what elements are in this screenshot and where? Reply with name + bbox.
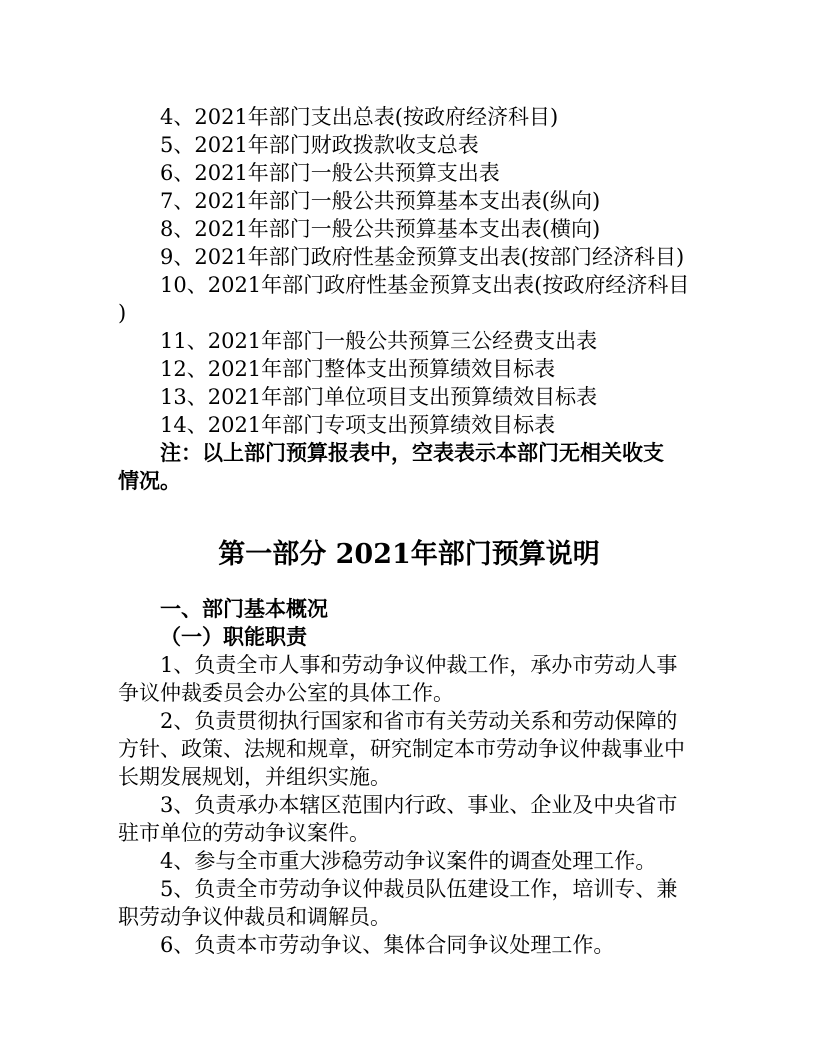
duty-2-line-2: 方针、政策、法规和规章，研究制定本市劳动争议仲裁事业中 xyxy=(118,735,700,763)
duty-5-line-1: 5、负责全市劳动争议仲裁员队伍建设工作，培训专、兼 xyxy=(118,875,700,903)
duty-5-line-2: 职劳动争议仲裁员和调解员。 xyxy=(118,903,700,931)
duty-3-line-2: 驻市单位的劳动争议案件。 xyxy=(118,819,700,847)
subsection-heading: （一）职能职责 xyxy=(118,623,700,651)
toc-item-14: 14、2021年部门专项支出预算绩效目标表 xyxy=(118,411,700,439)
note-line-1: 注：以上部门预算报表中，空表表示本部门无相关收支 xyxy=(118,439,700,467)
toc-item-10-continuation: ) xyxy=(118,299,700,327)
toc-item-12: 12、2021年部门整体支出预算绩效目标表 xyxy=(118,355,700,383)
toc-item-10: 10、2021年部门政府性基金预算支出表(按政府经济科目 xyxy=(118,271,700,299)
document-content: 4、2021年部门支出总表(按政府经济科目) 5、2021年部门财政拨款收支总表… xyxy=(118,103,700,959)
note-line-2: 情况。 xyxy=(118,467,700,495)
toc-item-4: 4、2021年部门支出总表(按政府经济科目) xyxy=(118,103,700,131)
toc-item-5: 5、2021年部门财政拨款收支总表 xyxy=(118,131,700,159)
duty-1-line-2: 争议仲裁委员会办公室的具体工作。 xyxy=(118,679,700,707)
duty-4-line-1: 4、参与全市重大涉稳劳动争议案件的调查处理工作。 xyxy=(118,847,700,875)
part-title: 第一部分 2021年部门预算说明 xyxy=(118,533,700,577)
section-heading: 一、部门基本概况 xyxy=(118,595,700,623)
document-page: 4、2021年部门支出总表(按政府经济科目) 5、2021年部门财政拨款收支总表… xyxy=(0,0,815,1055)
toc-item-7: 7、2021年部门一般公共预算基本支出表(纵向) xyxy=(118,187,700,215)
duty-3-line-1: 3、负责承办本辖区范围内行政、事业、企业及中央省市 xyxy=(118,791,700,819)
toc-item-9: 9、2021年部门政府性基金预算支出表(按部门经济科目) xyxy=(118,243,700,271)
duty-2-line-1: 2、负责贯彻执行国家和省市有关劳动关系和劳动保障的 xyxy=(118,707,700,735)
duty-1-line-1: 1、负责全市人事和劳动争议仲裁工作，承办市劳动人事 xyxy=(118,651,700,679)
duty-2-line-3: 长期发展规划，并组织实施。 xyxy=(118,763,700,791)
toc-item-6: 6、2021年部门一般公共预算支出表 xyxy=(118,159,700,187)
toc-item-13: 13、2021年部门单位项目支出预算绩效目标表 xyxy=(118,383,700,411)
toc-item-8: 8、2021年部门一般公共预算基本支出表(横向) xyxy=(118,215,700,243)
toc-item-11: 11、2021年部门一般公共预算三公经费支出表 xyxy=(118,327,700,355)
duty-6-line-1: 6、负责本市劳动争议、集体合同争议处理工作。 xyxy=(118,931,700,959)
